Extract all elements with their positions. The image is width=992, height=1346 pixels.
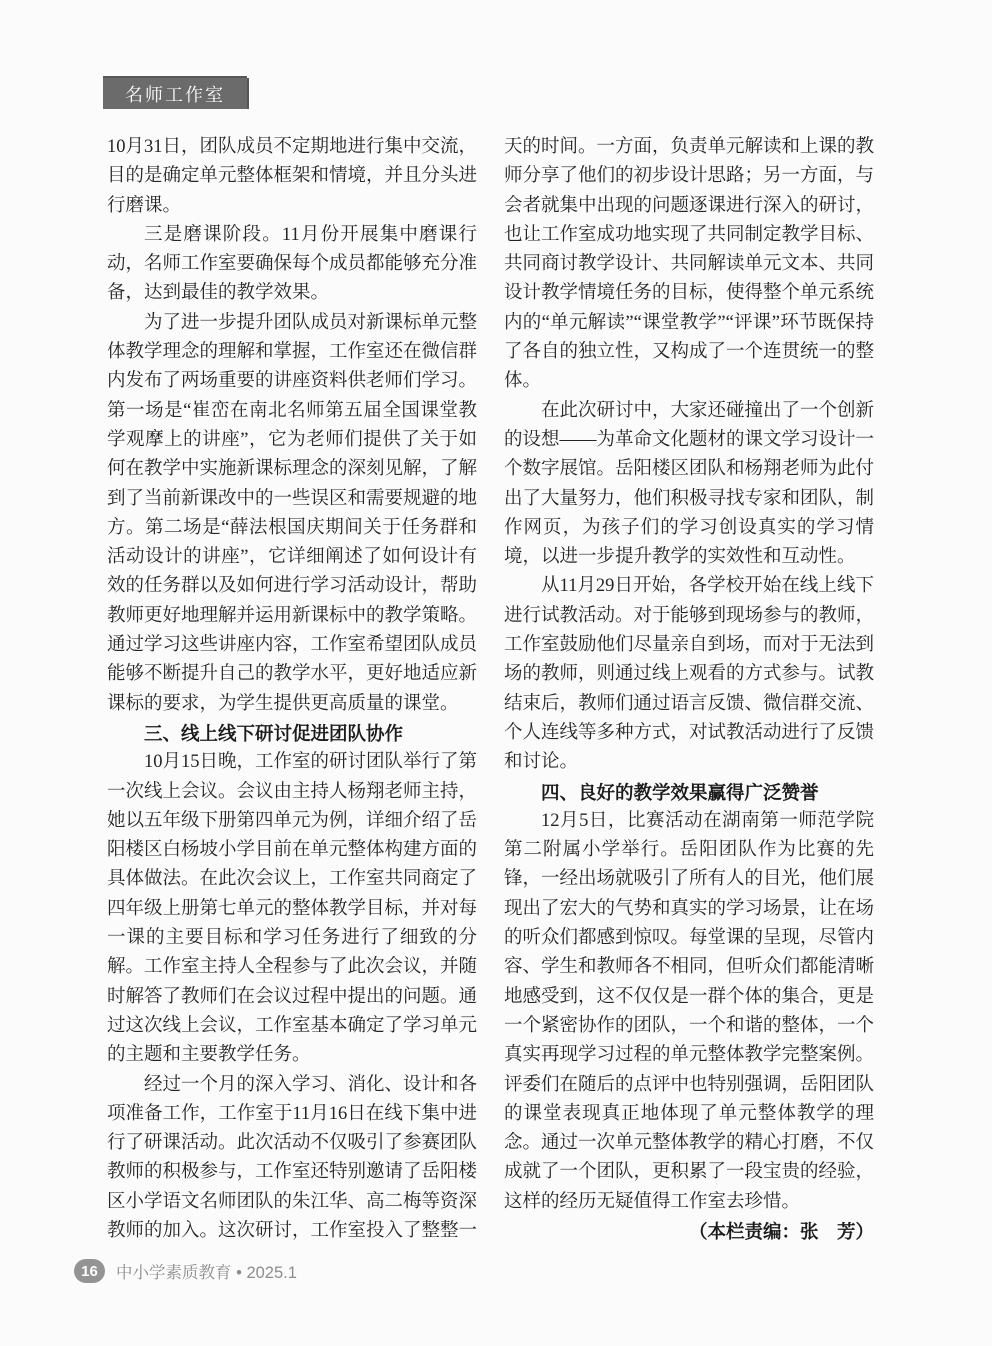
right-column: 天的时间。一方面，负责单元解读和上课的教师分享了他们的初步设计思路；另一方面，与… — [504, 133, 874, 1246]
paragraph: 12月5日，比赛活动在湖南第一师范学院第二附属小学举行。岳阳团队作为比赛的先锋，… — [504, 807, 874, 1217]
paragraph: 从11月29日开始，各学校开始在线上线下进行试教活动。对于能够到现场参与的教师，… — [504, 572, 874, 777]
section-heading-3: 三、线上线下研讨促进团队协作 — [107, 719, 477, 748]
journal-title: 中小学素质教育 • 2025.1 — [116, 1259, 297, 1283]
paragraph: 10月15日晚，工作室的研讨团队举行了第一次线上会议。会议由主持人杨翔老师主持，… — [107, 748, 477, 1070]
page-footer: 16 中小学素质教育 • 2025.1 — [74, 1259, 297, 1283]
column-header-label: 名师工作室 — [125, 81, 225, 107]
paragraph: 在此次研讨中，大家还碰撞出了一个创新的设想——为革命文化题材的课文学习设计一个数… — [504, 397, 874, 573]
section-heading-4: 四、良好的教学效果赢得广泛赞誉 — [504, 778, 874, 807]
paragraph: 三是磨课阶段。11月份开展集中磨课行动，名师工作室要确保每个成员都能够充分准备，… — [107, 221, 477, 309]
paragraph-continuation: 天的时间。一方面，负责单元解读和上课的教师分享了他们的初步设计思路；另一方面，与… — [504, 133, 874, 397]
column-header-badge: 名师工作室 — [103, 78, 247, 109]
editor-byline: （本栏责编：张 芳） — [504, 1217, 874, 1246]
paragraph: 为了进一步提升团队成员对新课标单元整体教学理念的理解和掌握，工作室还在微信群内发… — [107, 309, 477, 719]
left-column: 10月31日，团队成员不定期地进行集中交流，目的是确定单元整体框架和情境，并且分… — [107, 133, 477, 1246]
page: { "header": { "badge": "名师工作室" }, "artic… — [0, 0, 992, 1346]
paragraph: 经过一个月的深入学习、消化、设计和各项准备工作，工作室于11月16日在线下集中进… — [107, 1071, 477, 1247]
page-number-badge: 16 — [74, 1259, 105, 1283]
paragraph-continuation: 10月31日，团队成员不定期地进行集中交流，目的是确定单元整体框架和情境，并且分… — [107, 133, 477, 221]
article-columns: 10月31日，团队成员不定期地进行集中交流，目的是确定单元整体框架和情境，并且分… — [107, 133, 875, 1246]
